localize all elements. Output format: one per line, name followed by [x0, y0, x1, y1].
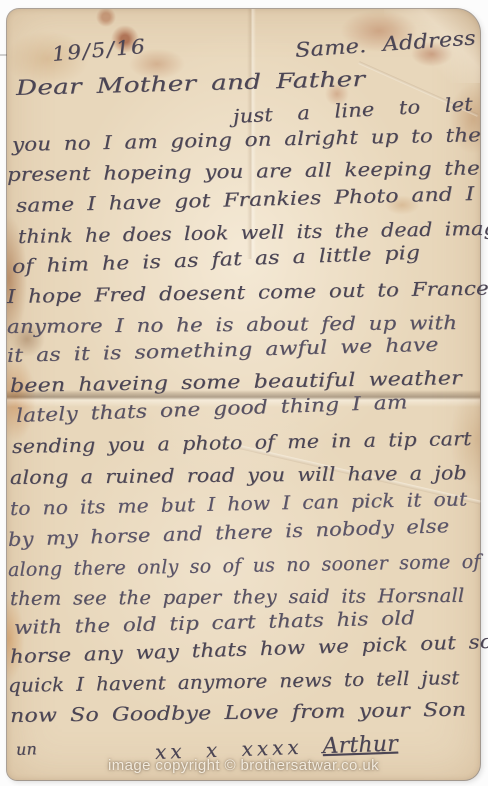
letter-line: along a ruined road you will have a job [10, 464, 467, 488]
letter-line: I hope Fred doesent come out to France [7, 280, 488, 307]
footer-mark: un [16, 741, 38, 758]
letter-line: of him he is as fat as a little pig [12, 244, 421, 277]
letter-line: along there only so of us no sooner some… [8, 553, 481, 580]
letter-photo: 19/5/16 Same. Address Dear Mother and Fa… [0, 0, 488, 786]
letter-line: horse any way thats how we pick out so [10, 633, 488, 667]
signature: Arthur [322, 734, 398, 759]
letter-line: just a line to let [233, 95, 474, 127]
letter-line: it as it is something awful we have [7, 336, 439, 366]
letter-line: you no I am going on alright up to the [12, 126, 481, 155]
letter-line: with the old tip cart thats his old [14, 609, 415, 638]
salutation: Dear Mother and Father [16, 69, 366, 99]
copyright-watermark: image copyright © brothersatwar.co.uk [7, 757, 480, 774]
letter-date: 19/5/16 [51, 36, 147, 64]
letter-line: same I have got Frankies Photo and I [16, 185, 475, 216]
letter-line: present hopeing you are all keeping the [7, 159, 480, 185]
letter-line: to no its me but I how I can pick it out [10, 490, 468, 519]
letter-paper: 19/5/16 Same. Address Dear Mother and Fa… [7, 9, 480, 780]
letter-line: anymore I no he is about fed up with [7, 314, 457, 337]
letter-line: quick I havent anymore news to tell just [8, 669, 460, 696]
letter-line: now So Goodbye Love from your Son [10, 701, 467, 726]
letter-line: by my horse and there is nobody else [8, 517, 450, 550]
letter-line: lately thats one good thing I am [16, 393, 408, 426]
letter-line: them see the paper they said its Horsnal… [10, 587, 464, 609]
letter-line: sending you a photo of me in a tip cart [12, 430, 472, 457]
